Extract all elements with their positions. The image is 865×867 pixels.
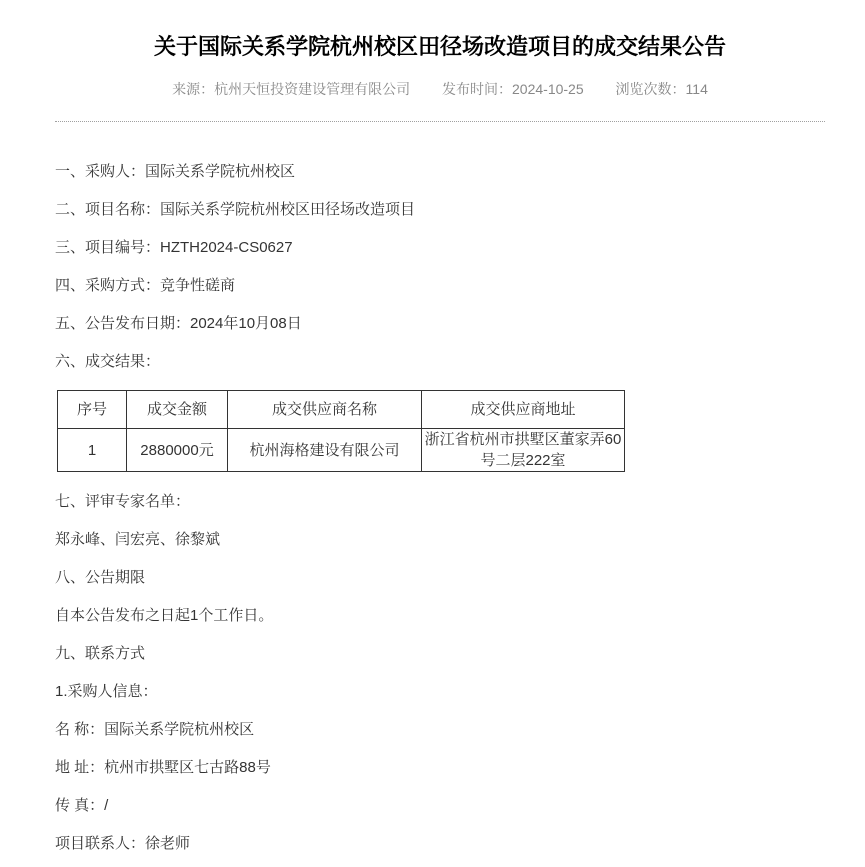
announcement-body: 一、采购人：国际关系学院杭州校区 二、项目名称：国际关系学院杭州校区田径场改造项… bbox=[55, 162, 825, 854]
header-supplier: 成交供应商名称 bbox=[228, 391, 422, 429]
result-table: 序号 成交金额 成交供应商名称 成交供应商地址 1 2880000元 杭州海格建… bbox=[57, 390, 625, 472]
page-title: 关于国际关系学院杭州校区田径场改造项目的成交结果公告 bbox=[55, 33, 825, 61]
notice-period-text: 自本公告发布之日起1个工作日。 bbox=[55, 606, 825, 626]
item-project-name: 二、项目名称：国际关系学院杭州校区田径场改造项目 bbox=[55, 200, 825, 220]
contact-person: 项目联系人：徐老师 bbox=[55, 834, 825, 854]
item-procure-method: 四、采购方式：竞争性磋商 bbox=[55, 276, 825, 296]
meta-publish-time: 发布时间：2024-10-25 bbox=[442, 81, 584, 97]
item-notice-period: 八、公告期限 bbox=[55, 568, 825, 588]
cell-supplier: 杭州海格建设有限公司 bbox=[228, 429, 422, 472]
item-purchaser: 一、采购人：国际关系学院杭州校区 bbox=[55, 162, 825, 182]
item-project-number: 三、项目编号：HZTH2024-CS0627 bbox=[55, 238, 825, 258]
item-contact-heading: 九、联系方式 bbox=[55, 644, 825, 664]
contact-fax: 传 真：/ bbox=[55, 796, 825, 816]
header-address: 成交供应商地址 bbox=[422, 391, 625, 429]
experts-names: 郑永峰、闫宏亮、徐黎斌 bbox=[55, 530, 825, 550]
purchaser-info-heading: 1.采购人信息： bbox=[55, 682, 825, 702]
item-result-heading: 六、成交结果： bbox=[55, 352, 825, 372]
dotted-divider bbox=[55, 121, 825, 122]
meta-line: 来源：杭州天恒投资建设管理有限公司 发布时间：2024-10-25 浏览次数：1… bbox=[55, 79, 825, 99]
contact-address: 地 址：杭州市拱墅区七古路88号 bbox=[55, 758, 825, 778]
item-publish-date: 五、公告发布日期：2024年10月08日 bbox=[55, 314, 825, 334]
header-amount: 成交金额 bbox=[127, 391, 228, 429]
table-row: 1 2880000元 杭州海格建设有限公司 浙江省杭州市拱墅区董家弄60号二层2… bbox=[58, 429, 625, 472]
cell-amount: 2880000元 bbox=[127, 429, 228, 472]
contact-name: 名 称：国际关系学院杭州校区 bbox=[55, 720, 825, 740]
cell-seq: 1 bbox=[58, 429, 127, 472]
meta-source: 来源：杭州天恒投资建设管理有限公司 bbox=[172, 81, 410, 97]
header-seq: 序号 bbox=[58, 391, 127, 429]
announcement-page: 关于国际关系学院杭州校区田径场改造项目的成交结果公告 来源：杭州天恒投资建设管理… bbox=[55, 33, 825, 854]
item-experts-heading: 七、评审专家名单： bbox=[55, 492, 825, 512]
table-header-row: 序号 成交金额 成交供应商名称 成交供应商地址 bbox=[58, 391, 625, 429]
meta-view-count: 浏览次数：114 bbox=[616, 81, 708, 97]
cell-address: 浙江省杭州市拱墅区董家弄60号二层222室 bbox=[422, 429, 625, 472]
